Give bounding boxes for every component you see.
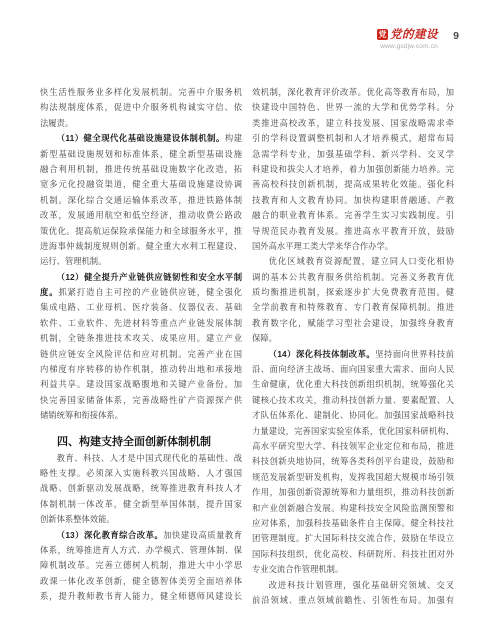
text-line: 利益共享。建设国家战略腹地和关键产业备份。加: [40, 377, 242, 392]
text-line: 键核心技术攻关，推动科技创新力量、要素配置、人: [252, 393, 454, 408]
section-heading: 四、构建支持全面创新体制机制: [40, 434, 242, 451]
text-line: 国外高水平理工类大学来华合作办学。: [252, 239, 454, 254]
text-line: 机制，全链条推进技术攻关、成果应用。建立产业: [40, 331, 242, 346]
text-line: 力量建设，完善国家实验室体系，优化国家科研机构、: [252, 424, 454, 439]
text-line: 作用，加强创新资源统筹和力量组织，推动科技创新: [252, 485, 454, 500]
magazine-logo: 党 党的建设: [377, 26, 438, 42]
text-line: 快生活性服务业多样化发展机制。完善中介服务机: [40, 85, 242, 100]
text-line: 快建设中国特色、世界一流的大学和优势学科。分: [252, 100, 454, 115]
text-line: 调的基本公共教育服务供给机制。完善义务教育优: [252, 270, 454, 285]
page-number: 9: [453, 30, 459, 42]
text-line: （11）健全现代化基础设施建设体制机制。构建: [40, 131, 242, 146]
text-line: 专业交流合作管理机制。: [252, 562, 454, 577]
text-line: 类推进高校改革，建立科技发展、国家战略需求牵: [252, 116, 454, 131]
text-line: 机制。深化综合交通运输体系改革，推进铁路体制: [40, 193, 242, 208]
text-line: 和产业创新融合发展。构建科技安全风险监测预警和: [252, 501, 454, 516]
text-line: 快完善国家储备体系，完善战略性矿产资源探产供: [40, 393, 242, 408]
text-column-right: 效机制，深化教育评价改革。优化高等教育布局，加快建设中国特色、世界一流的大学和优…: [252, 85, 454, 608]
text-line: 优化区域教育资源配置，建立同人口变化相协: [252, 254, 454, 269]
text-line: 体制机制一体改革，健全新型举国体制，提升国家: [40, 497, 242, 512]
text-line: 技教育和人文教育协同。加快构建职普融通、产教: [252, 193, 454, 208]
magazine-page: 党 党的建设 www.gsdjw.com.cn 9 快生活性服务业多样化发展机制…: [0, 0, 485, 640]
text-line: 引的学科设置调整机制和人才培养模式，超常布局: [252, 131, 454, 146]
text-line: 体系，统筹推进育人方式、办学模式、管理体制、保: [40, 543, 242, 558]
text-line: 前沿领域、重点领域前瞻性、引领性布局。加强有: [252, 593, 454, 608]
logo-text: 党的建设: [390, 26, 438, 42]
text-line: （12）健全提升产业链供应链韧性和安全水平制: [40, 270, 242, 285]
text-line: 善高校科技创新机制，提高成果转化效能。强化科: [252, 177, 454, 192]
text-line: 战略、创新驱动发展战略，统筹推进教育科技人才: [40, 481, 242, 496]
text-line: 急需学科专业，加强基础学科、新兴学科、交叉学: [252, 147, 454, 162]
text-line: 构法规制度体系，促进中介服务机构诚实守信、依: [40, 100, 242, 115]
text-line: 度。抓紧打造自主可控的产业链供应链，健全强化: [40, 285, 242, 300]
text-line: 新型基础设施规划和标准体系，健全新型基础设施: [40, 147, 242, 162]
text-line: 改进科技计划管理，强化基础研究领域、交叉: [252, 578, 454, 593]
text-line: （13）深化教育综合改革。加快建设高质量教育: [40, 528, 242, 543]
text-line: 教育、科技、人才是中国式现代化的基础性、战: [40, 451, 242, 466]
article-body: 快生活性服务业多样化发展机制。完善中介服务机构法规制度体系，促进中介服务机构诚实…: [40, 85, 454, 608]
text-line: 法履责。: [40, 116, 242, 131]
text-line: 全学前教育和特殊教育、专门教育保障机制。推进: [252, 300, 454, 315]
text-line: 集成电路、工业母机、医疗装备、仪器仪表、基础: [40, 300, 242, 315]
text-line: 策优化。提高航运保险承保能力和全球服务水平，推: [40, 224, 242, 239]
text-line: 融合利用机制，推进传统基础设施数字化改造，拓: [40, 162, 242, 177]
seal-icon: 党: [377, 29, 388, 40]
text-line: 储销统筹和衔接体系。: [40, 408, 242, 423]
text-line: 改革，发展通用航空和低空经济，推动收费公路政: [40, 208, 242, 223]
text-line: 进海事仲裁制度规则创新。健全重大水利工程建设、: [40, 239, 242, 254]
text-line: 科技创新央地协同，统筹各类科创平台建设，鼓励和: [252, 454, 454, 469]
text-line: 科建设和拔尖人才培养，着力加强创新能力培养。完: [252, 162, 454, 177]
text-line: 团管理制度。扩大国际科技交流合作，鼓励在华设立: [252, 531, 454, 546]
text-line: 保障。: [252, 331, 454, 346]
text-column-left: 快生活性服务业多样化发展机制。完善中介服务机构法规制度体系，促进中介服务机构诚实…: [40, 85, 242, 608]
text-line: 生命健康，优化重大科技创新组织机制，统筹强化关: [252, 377, 454, 392]
text-line: 运行、管理机制。: [40, 254, 242, 269]
text-line: 系，提升教师教书育人能力，健全师德师风建设长: [40, 589, 242, 604]
text-line: 应对体系，加强科技基础条件自主保障。健全科技社: [252, 516, 454, 531]
text-line: 创新体系整体效能。: [40, 512, 242, 527]
text-line: 略性支撑。必须深入实施科教兴国战略、人才强国: [40, 466, 242, 481]
text-line: 教育数字化，赋能学习型社会建设，加强终身教育: [252, 316, 454, 331]
text-line: 效机制，深化教育评价改革。优化高等教育布局，加: [252, 85, 454, 100]
text-line: 导规范民办教育发展。推进高水平教育开放，鼓励: [252, 224, 454, 239]
text-line: 沿、面向经济主战场、面向国家重大需求、面向人民: [252, 362, 454, 377]
text-line: 规范发展新型研发机构，发挥我国超大规模市场引领: [252, 470, 454, 485]
text-line: （14）深化科技体制改革。坚持面向世界科技前: [252, 347, 454, 362]
text-line: 融合的职业教育体系。完善学生实习实践制度。引: [252, 208, 454, 223]
text-line: 国际科技组织，优化高校、科研院所、科技社团对外: [252, 547, 454, 562]
text-line: 宽多元化投融资渠道，健全重大基础设施建设协调: [40, 177, 242, 192]
text-line: 软件、工业软件、先进材料等重点产业链发展体制: [40, 316, 242, 331]
text-line: 才队伍体系化、建制化、协同化。加强国家战略科技: [252, 408, 454, 423]
text-line: 障机制改革。完善立德树人机制，推进大中小学思: [40, 558, 242, 573]
text-line: 政课一体化改革创新，健全德智体美劳全面培养体: [40, 574, 242, 589]
text-line: 高水平研究型大学、科技领军企业定位和布局，推进: [252, 439, 454, 454]
text-line: 质均衡推进机制，探索逐步扩大免费教育范围。健: [252, 285, 454, 300]
text-line: 链供应链安全风险评估和应对机制。完善产业在国: [40, 347, 242, 362]
text-line: 内梯度有序转移的协作机制，推动转出地和承接地: [40, 362, 242, 377]
masthead: 党 党的建设 www.gsdjw.com.cn: [377, 26, 438, 50]
website-url: www.gsdjw.com.cn: [377, 43, 438, 50]
